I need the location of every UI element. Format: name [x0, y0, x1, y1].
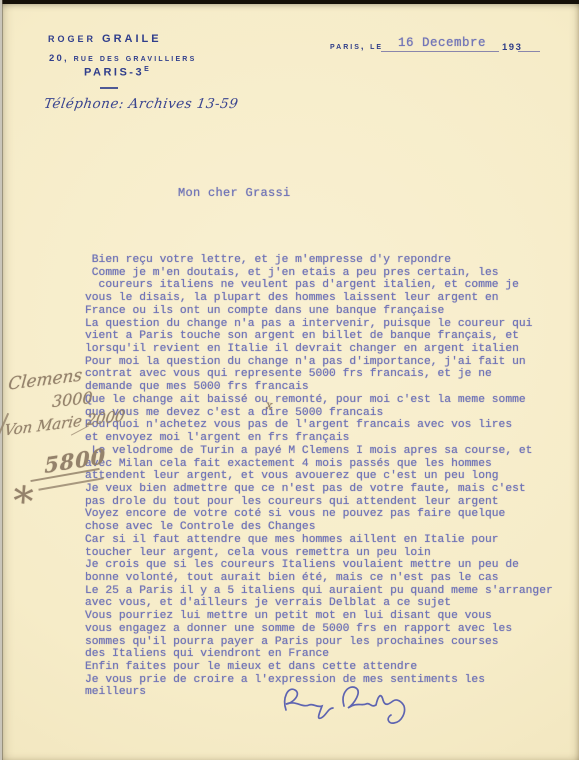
body-line: bonne volonté, tout aurait bien été, mai…	[85, 572, 579, 585]
body-line: Car si il faut attendre que mes hommes a…	[85, 534, 579, 547]
body-line: sommes qu'il pourra payer a Paris pour l…	[85, 636, 579, 649]
margin-asterisk-mark: *	[11, 478, 34, 525]
body-line: Le 25 a Paris il y a 5 italiens qui aura…	[85, 585, 579, 598]
letter-scan: RogerGRAILE 20, Rue des Gravilliers PARI…	[0, 0, 579, 760]
signature	[276, 678, 426, 731]
body-line: Pourquoi n'achetez vous pas de l'argent …	[85, 419, 579, 432]
body-line: Je veux bien admettre que ce n'est pas d…	[85, 483, 579, 496]
body-line: chose avec le Controle des Changes	[85, 521, 579, 534]
letterhead-last-name: GRAILE	[102, 29, 162, 46]
date-rule-end	[518, 51, 540, 52]
body-line: demande que mes 5000 frs francais	[85, 381, 579, 394]
typed-date: 16 Decembre	[398, 36, 486, 50]
body-line: Pour moi la question du change n'a pas d…	[85, 356, 579, 369]
scan-top-edge	[0, 0, 579, 4]
body-line: et envoyez moi l'argent en frs français	[85, 432, 579, 445]
body-line: des Italiens qui viendront en France	[85, 648, 579, 661]
body-line: vient a Paris touche son argent en bille…	[85, 330, 579, 343]
body-line: attendent leur argent, et vous avouerez …	[85, 470, 579, 483]
body-line: France ou ils ont un compte dans une ban…	[85, 305, 579, 318]
letterhead-district-sup: E	[144, 66, 151, 73]
letterhead-telephone: Téléphone: Archives 13-59	[43, 96, 240, 112]
body-line: Voyez encore de votre coté si vous ne po…	[85, 508, 579, 521]
salutation: Mon cher Grassi	[178, 186, 291, 200]
body-line: vous engagez a donner une somme de 5000 …	[85, 623, 579, 636]
date-rule	[381, 51, 499, 52]
body-line: que vous me devez c'est a dire 5000 fran…	[85, 407, 579, 420]
body-line: toucher leur argent, cela vous remettra …	[85, 547, 579, 560]
scan-left-edge-line	[2, 0, 3, 760]
letterhead-city: PARIS-3E	[84, 66, 151, 79]
letterhead-name: RogerGRAILE	[48, 29, 278, 46]
body-line: pas drole du tout pour les coureurs qui …	[85, 496, 579, 509]
body-line: Que le change ait baissé ou remonté, pou…	[85, 394, 579, 407]
letterhead-divider-dash	[100, 87, 118, 89]
letterhead-address: 20, Rue des Gravilliers	[49, 53, 196, 64]
body-line: Comme je m'en doutais, et j'en etais a p…	[85, 267, 579, 280]
body-line: contrat avec vous qui represente 5000 fr…	[85, 368, 579, 381]
body-line: vous le disais, la plupart des hommes la…	[85, 292, 579, 305]
signature-scribble	[276, 678, 426, 726]
body-line: coureurs italiens ne veulent pas d'argen…	[85, 279, 579, 292]
body-line: Bien reçu votre lettre, et je m'empresse…	[85, 254, 579, 267]
letter-body: Bien reçu votre lettre, et je m'empresse…	[85, 254, 579, 699]
body-line: Vous pourriez lui mettre un petit mot en…	[85, 610, 579, 623]
body-line: Le velodrome de Turin a payé M Clemens I…	[85, 445, 579, 458]
body-line: avec Milan cela fait exactement 4 mois p…	[85, 458, 579, 471]
body-line: La question du change n'a pas a interven…	[85, 318, 579, 331]
body-line: Enfin faites pour le mieux et dans cette…	[85, 661, 579, 674]
body-line: lorsqu'il revient en Italie il devrait c…	[85, 343, 579, 356]
body-line: Je crois que si les coureurs Italiens vo…	[85, 559, 579, 572]
date-prefix: Paris, le	[330, 41, 383, 52]
body-line: avec vous, et d'ailleurs je verrais Delb…	[85, 597, 579, 610]
letterhead-first-name: Roger	[48, 30, 96, 45]
